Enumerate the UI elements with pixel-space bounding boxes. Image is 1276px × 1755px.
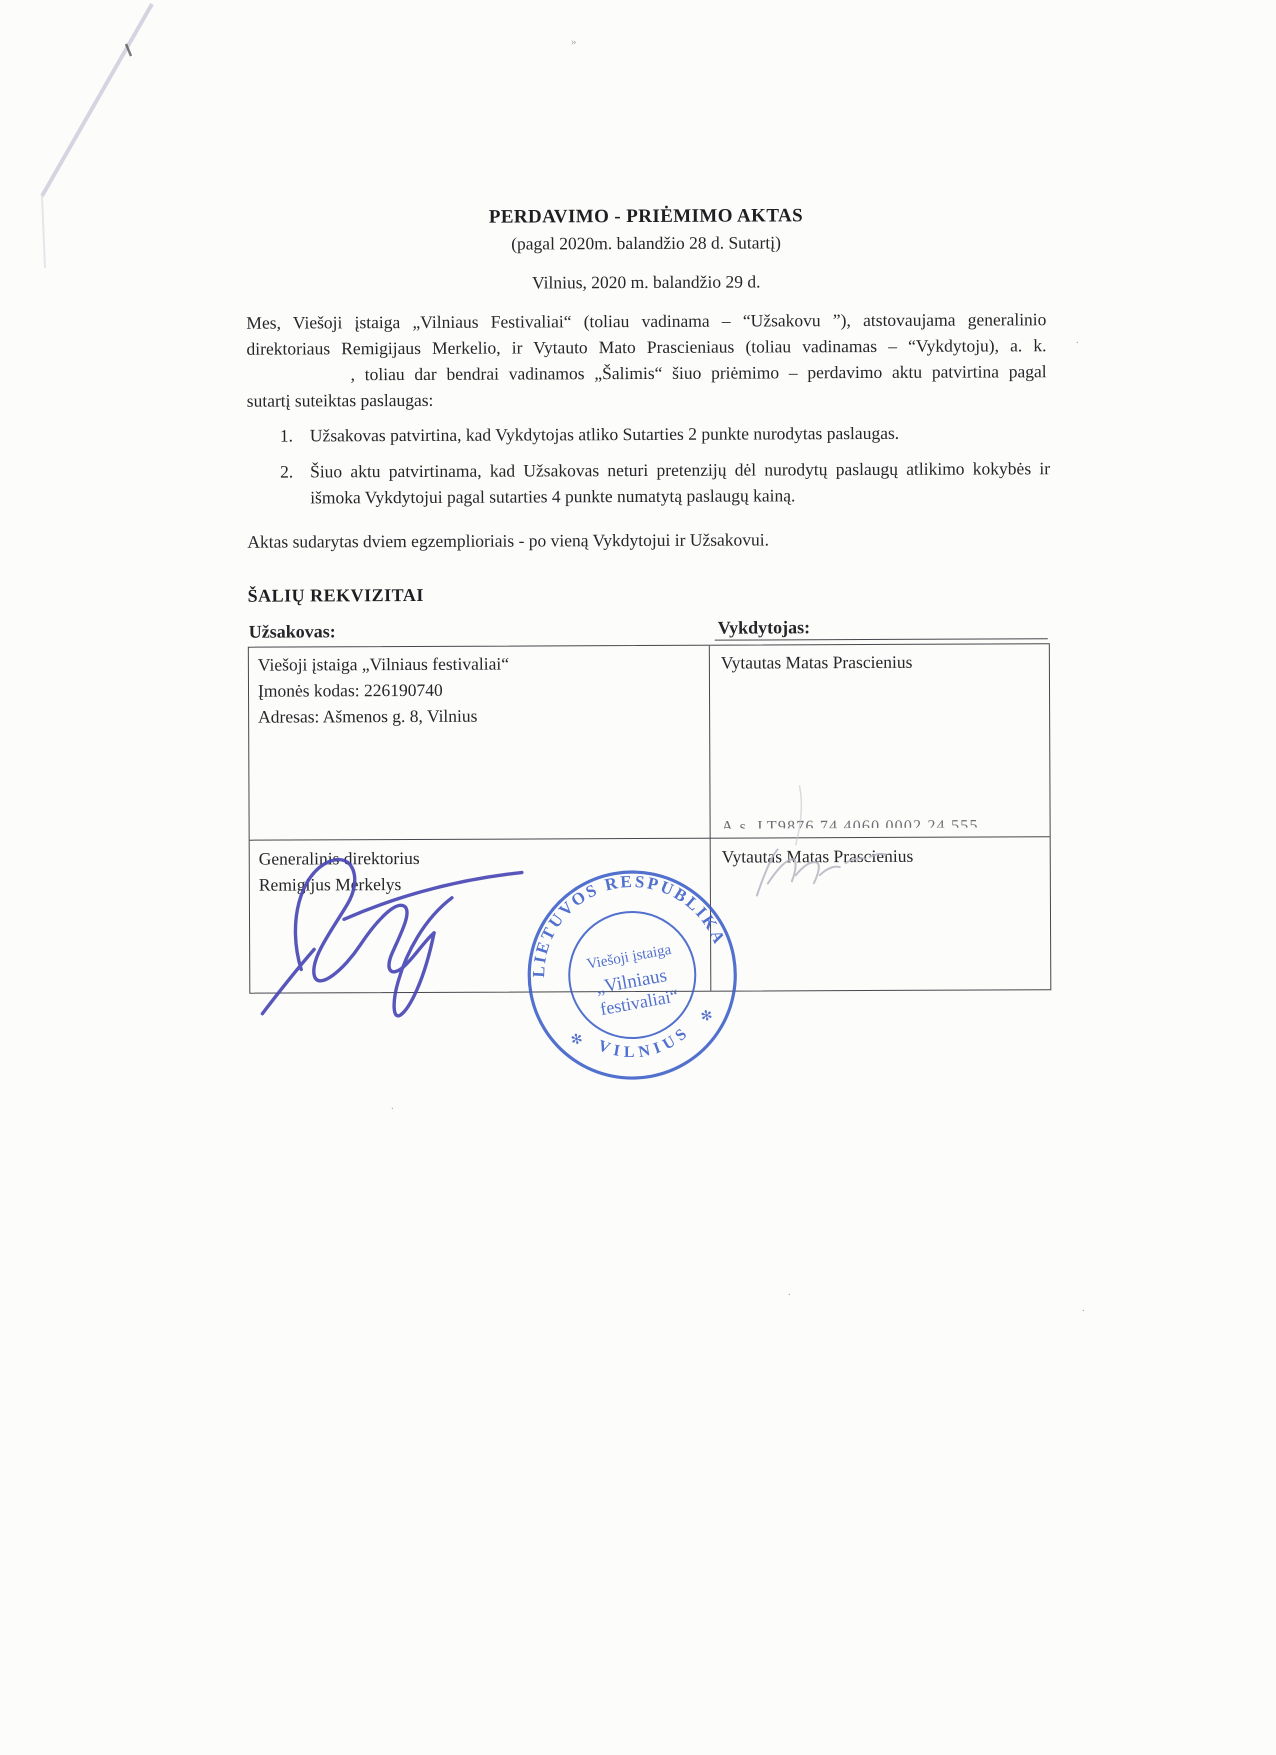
list-item-1: 1. Užsakovas patvirtina, kad Vykdytojas … [280, 419, 1050, 448]
list-text-line-2: išmoka Vykdytojui pagal sutarties 4 punk… [310, 481, 1050, 510]
col-header-uzsakovas: Užsakovas: [249, 621, 336, 642]
section-heading: ŠALIŲ REKVIZITAI [248, 585, 424, 607]
director-signature [244, 840, 575, 1041]
copies-line: Aktas sudarytas dviem egzemplioriais - p… [247, 525, 1047, 554]
list-number: 1. [280, 422, 310, 448]
intro-paragraph-line-2: direktoriaus Remigijaus Merkelio, ir Vyt… [246, 332, 1046, 361]
scan-speck: . [1076, 334, 1079, 346]
intro-paragraph-line-3: , toliau dar bendrai vadinamos „Šalimis“… [247, 358, 1047, 387]
contractor-name-line: Vytautas Matas Prascienius [721, 649, 913, 676]
col-header-vykdytojas: Vykdytojas: [718, 617, 810, 638]
scan-speck: . [391, 1100, 394, 1112]
contractor-signature [743, 769, 904, 910]
list-text: Užsakovas patvirtina, kad Vykdytojas atl… [310, 419, 1050, 448]
list-item-2: 2. Šiuo aktu patvirtinama, kad Užsakovas… [280, 455, 1050, 510]
stamp-star-right: ✻ [700, 1009, 714, 1026]
document-title: PERDAVIMO - PRIĖMIMO AKTAS [246, 204, 1046, 229]
place-date-line: Vilnius, 2020 m. balandžio 29 d. [246, 270, 1046, 294]
document-subtitle: (pagal 2020m. balandžio 28 d. Sutartį) [246, 231, 1046, 255]
intro-paragraph-line-1: Mes, Viešoji įstaiga „Vilniaus Festivali… [246, 306, 1046, 335]
scan-speck: » [571, 36, 577, 48]
table-top-edge-line [715, 638, 1048, 640]
intro-paragraph-line-4: sutartį suteiktas paslaugas: [247, 384, 1047, 413]
stamp-ring-bottom-text: VILNIUS [593, 1021, 697, 1069]
list-text-line-1: Šiuo aktu patvirtinama, kad Užsakovas ne… [310, 455, 1050, 484]
scanned-document-page: » . . . . PERDAVIMO - PRIĖMIMO AKTAS (pa… [0, 0, 1276, 1755]
customer-name-line: Viešoji įstaiga „Vilniaus festivaliai“ [258, 651, 509, 678]
scan-speck: . [1082, 1302, 1085, 1314]
list-number: 2. [280, 458, 310, 510]
customer-address-line: Adresas: Ašmenos g. 8, Vilnius [258, 703, 477, 730]
svg-text:VILNIUS: VILNIUS [593, 1021, 697, 1069]
scan-speck: . [788, 1286, 791, 1298]
customer-code-line: Įmonės kodas: 226190740 [258, 677, 443, 704]
fold-crease-artifact [0, 0, 220, 280]
